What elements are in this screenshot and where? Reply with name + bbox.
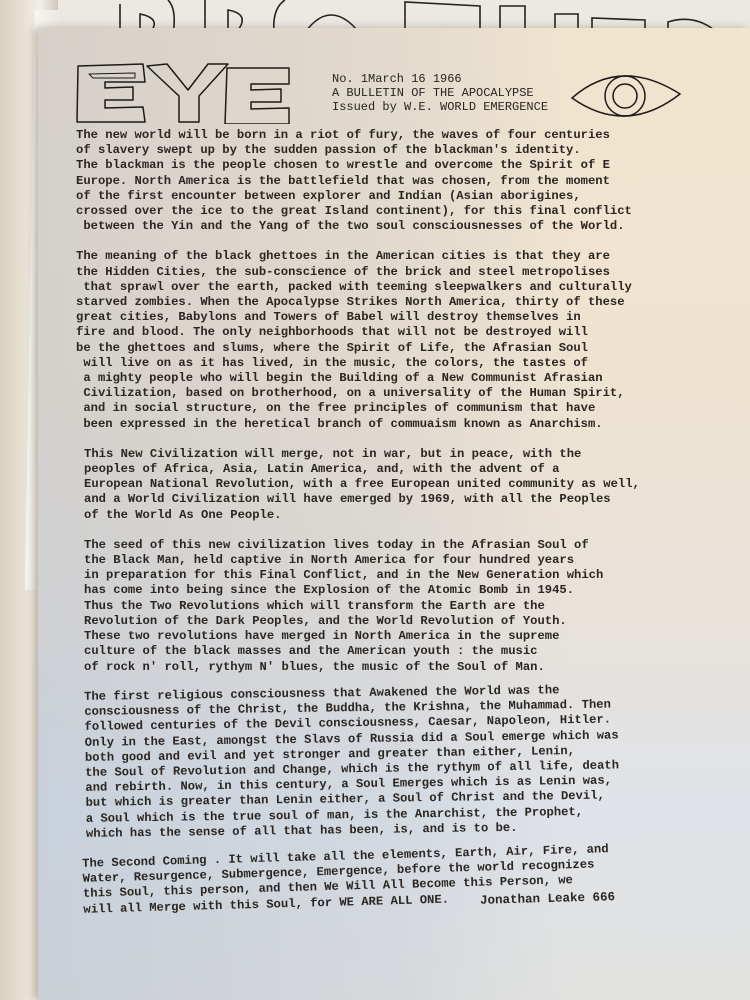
- text-line: fire and blood. The only neighborhoods t…: [76, 325, 676, 340]
- text-line: European National Revolution, with a fre…: [84, 477, 676, 492]
- text-line: a mighty people who will begin the Build…: [76, 371, 676, 386]
- text-line: and in social structure, on the free pri…: [76, 401, 676, 416]
- masthead-title: EYE: [75, 62, 295, 124]
- text-line: starved zombies. When the Apocalypse Str…: [76, 295, 676, 310]
- text-line: The new world will be born in a riot of …: [76, 128, 676, 143]
- text-line: The blackman is the people chosen to wre…: [76, 158, 676, 173]
- text-line: and a World Civilization will have emerg…: [84, 492, 676, 507]
- text-line: of rock n' roll, rythym N' blues, the mu…: [84, 660, 676, 675]
- text-line: crossed over the ice to the great Island…: [76, 204, 676, 219]
- text-line: been expressed in the heretical branch o…: [76, 417, 676, 432]
- text-line: will live on as it has lived, in the mus…: [76, 356, 676, 371]
- text-line: of the World As One People.: [84, 508, 676, 523]
- text-line: The seed of this new civilization lives …: [84, 538, 676, 553]
- issue-info: No. 1March 16 1966 A BULLETIN OF THE APO…: [332, 72, 548, 114]
- paragraph-4: The seed of this new civilization lives …: [76, 538, 676, 675]
- text-line: Thus the Two Revolutions which will tran…: [84, 599, 676, 614]
- bulletin-body: The new world will be born in a riot of …: [76, 128, 676, 933]
- text-line: in preparation for this Final Conflict, …: [84, 568, 676, 583]
- text-line: of the first encounter between explorer …: [76, 189, 676, 204]
- bulletin-subtitle: A BULLETIN OF THE APOCALYPSE: [332, 86, 548, 100]
- paragraph-3: This New Civilization will merge, not in…: [76, 447, 676, 523]
- text-line: peoples of Africa, Asia, Latin America, …: [84, 462, 676, 477]
- paragraph-5: The first religious consciousness that A…: [76, 681, 678, 841]
- text-line: great cities, Babylons and Towers of Bab…: [76, 310, 676, 325]
- text-line: The meaning of the black ghettoes in the…: [76, 249, 676, 264]
- text-line: that sprawl over the earth, packed with …: [76, 280, 676, 295]
- paragraph-6: The Second Coming . It will take all the…: [76, 840, 677, 918]
- text-line: culture of the black masses and the Amer…: [84, 644, 676, 659]
- text-line: Revolution of the Dark Peoples, and the …: [84, 614, 676, 629]
- text-line: of slavery swept up by the sudden passio…: [76, 143, 676, 158]
- text-line: Europe. North America is the battlefield…: [76, 174, 676, 189]
- text-line: the Black Man, held captive in North Ame…: [84, 553, 676, 568]
- paragraph-1: The new world will be born in a riot of …: [76, 128, 676, 234]
- text-line: the Hidden Cities, the sub-conscience of…: [76, 265, 676, 280]
- text-line: Civilization, based on brotherhood, on a…: [76, 386, 676, 401]
- paragraph-2: The meaning of the black ghettoes in the…: [76, 249, 676, 431]
- text-line: has come into being since the Explosion …: [84, 583, 676, 598]
- text-line: be the ghettoes and slums, where the Spi…: [76, 341, 676, 356]
- text-line: These two revolutions have merged in Nor…: [84, 629, 676, 644]
- issuer: Issued by W.E. WORLD EMERGENCE: [332, 100, 548, 114]
- eye-title-lettering: EYE: [75, 62, 295, 124]
- text-line: between the Yin and the Yang of the two …: [76, 219, 676, 234]
- eye-icon: [570, 64, 682, 133]
- issue-number-date: No. 1March 16 1966: [332, 72, 548, 86]
- text-line: This New Civilization will merge, not in…: [84, 447, 676, 462]
